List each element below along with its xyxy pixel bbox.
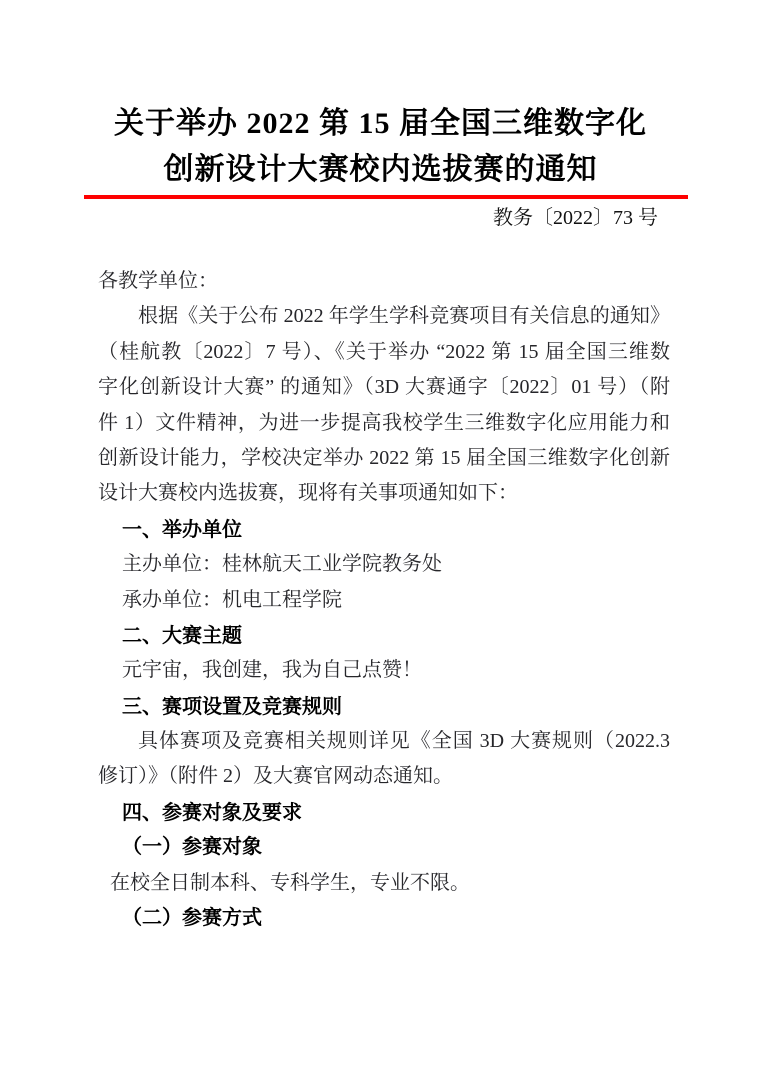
body-line: 根据《关于公布 2022 年学生学科竞赛项目有关信息的通知》 xyxy=(98,299,670,334)
body-line: 具体赛项及竞赛相关规则详见《全国 3D 大赛规则（2022.3 xyxy=(98,724,670,759)
body-line: 在校全日制本科、专科学生，专业不限。 xyxy=(98,866,670,901)
document-page: 关于举办 2022 第 15 届全国三维数字化 创新设计大赛校内选拔赛的通知 教… xyxy=(0,0,761,1070)
red-divider xyxy=(84,195,688,199)
body-line: 承办单位：机电工程学院 xyxy=(98,583,670,618)
body-line: 修订）》（附件 2）及大赛官网动态通知。 xyxy=(98,759,670,794)
body-line: （一）参赛对象 xyxy=(98,830,670,865)
body-line: 元宇宙，我创建，我为自己点赞！ xyxy=(98,653,670,688)
document-title-line1: 关于举办 2022 第 15 届全国三维数字化 xyxy=(0,101,761,147)
body-line: 设计大赛校内选拔赛，现将有关事项通知如下： xyxy=(98,476,670,511)
doc-number: 教务〔2022〕73 号 xyxy=(98,205,658,231)
body-line: 二、大赛主题 xyxy=(98,618,670,653)
body-text: 各教学单位：根据《关于公布 2022 年学生学科竞赛项目有关信息的通知》（桂航教… xyxy=(98,264,670,936)
body-line: 各教学单位： xyxy=(98,264,670,299)
document-title-line2: 创新设计大赛校内选拔赛的通知 xyxy=(0,147,761,193)
body-line: （二）参赛方式 xyxy=(98,901,670,936)
body-line: 一、举办单位 xyxy=(98,512,670,547)
document-title: 关于举办 2022 第 15 届全国三维数字化 创新设计大赛校内选拔赛的通知 xyxy=(0,101,761,193)
body-line: 件 1）文件精神，为进一步提高我校学生三维数字化应用能力和 xyxy=(98,406,670,441)
body-line: （桂航教〔2022〕7 号）、《关于举办 “2022 第 15 届全国三维数 xyxy=(98,335,670,370)
body-line: 主办单位：桂林航天工业学院教务处 xyxy=(98,547,670,582)
body-line: 创新设计能力，学校决定举办 2022 第 15 届全国三维数字化创新 xyxy=(98,441,670,476)
body-line: 字化创新设计大赛” 的通知》（3D 大赛通字〔2022〕01 号）（附 xyxy=(98,370,670,405)
body-line: 三、赛项设置及竞赛规则 xyxy=(98,689,670,724)
body-line: 四、参赛对象及要求 xyxy=(98,795,670,830)
